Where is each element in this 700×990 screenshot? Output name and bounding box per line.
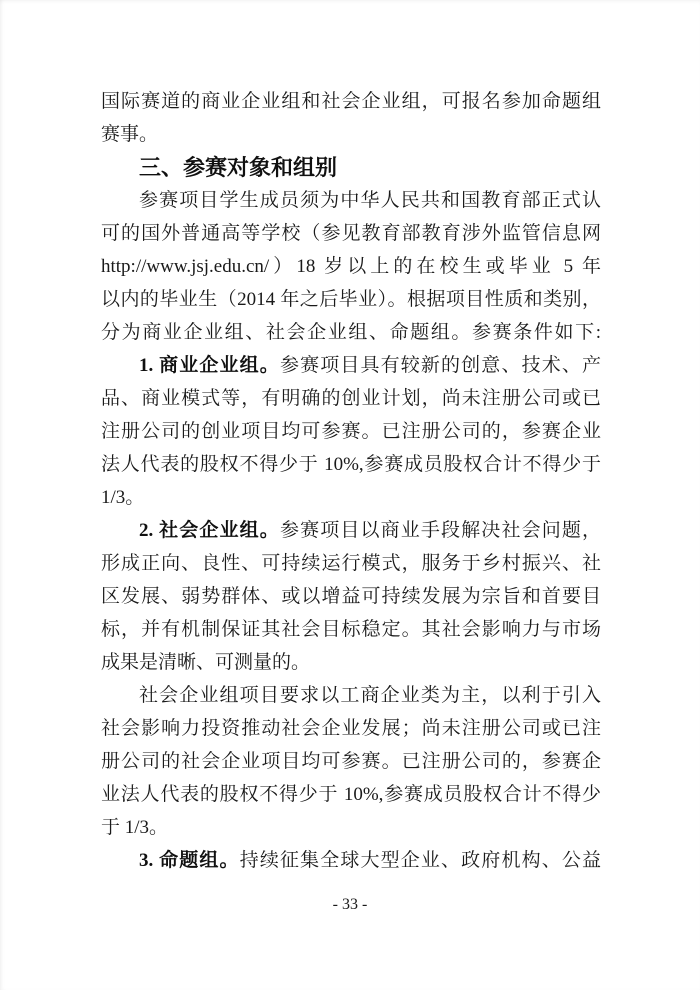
text-line: 2. 社会企业组。参赛项目以商业手段解决社会问题， [101, 514, 601, 547]
document-body: 国际赛道的商业企业组和社会企业组，可报名参加命题组赛事。三、参赛对象和组别参赛项… [101, 85, 601, 877]
bold-lead-in: 2. 社会企业组。 [139, 520, 280, 541]
text-line: 3. 命题组。持续征集全球大型企业、政府机构、公益 [101, 844, 601, 877]
text-line: 形成正向、良性、可持续运行模式，服务于乡村振兴、社 [101, 547, 601, 580]
text-line: 法人代表的股权不得少于 10%,参赛成员股权合计不得少于 [101, 448, 601, 481]
text-line: 成果是清晰、可测量的。 [101, 646, 601, 679]
section-heading: 三、参赛对象和组别 [101, 151, 601, 184]
bold-lead-in: 3. 命题组。 [139, 850, 240, 871]
text-line: 以内的毕业生（2014 年之后毕业）。根据项目性质和类别， [101, 283, 601, 316]
text-run: 分为商业企业组、社会企业组、命题组。参赛条件如下: [101, 322, 601, 343]
text-line: 册公司的社会企业项目均可参赛。已注册公司的，参赛企 [101, 745, 601, 778]
text-run: 社会影响力投资推动社会企业发展；尚未注册公司或已注 [101, 718, 601, 739]
text-run: 持续征集全球大型企业、政府机构、公益 [240, 850, 601, 871]
text-run: 品、商业模式等，有明确的创业计划，尚未注册公司或已 [101, 388, 601, 409]
text-line: 注册公司的创业项目均可参赛。已注册公司的，参赛企业 [101, 415, 601, 448]
text-run: 成果是清晰、可测量的。 [101, 652, 310, 673]
text-run: 国际赛道的商业企业组和社会企业组，可报名参加命题组 [101, 91, 601, 112]
bold-lead-in: 1. 商业企业组。 [139, 355, 280, 376]
text-run: 参赛项目学生成员须为中华人民共和国教育部正式认 [139, 190, 601, 211]
text-line: 分为商业企业组、社会企业组、命题组。参赛条件如下: [101, 316, 601, 349]
text-run: 册公司的社会企业项目均可参赛。已注册公司的，参赛企 [101, 751, 601, 772]
text-run: 以内的毕业生（2014 年之后毕业）。根据项目性质和类别， [101, 289, 601, 310]
paragraph: 2. 社会企业组。参赛项目以商业手段解决社会问题，形成正向、良性、可持续运行模式… [101, 514, 601, 679]
text-line: 于 1/3。 [101, 811, 601, 844]
text-run: 法人代表的股权不得少于 10%,参赛成员股权合计不得少于 [101, 454, 601, 475]
text-line: 赛事。 [101, 118, 601, 151]
paragraph: 国际赛道的商业企业组和社会企业组，可报名参加命题组赛事。 [101, 85, 601, 151]
text-line: 品、商业模式等，有明确的创业计划，尚未注册公司或已 [101, 382, 601, 415]
document-page: 国际赛道的商业企业组和社会企业组，可报名参加命题组赛事。三、参赛对象和组别参赛项… [0, 0, 700, 990]
text-line: 1/3。 [101, 481, 601, 514]
text-run: 业法人代表的股权不得少于 10%,参赛成员股权合计不得少 [101, 784, 601, 805]
text-run: 社会企业组项目要求以工商企业类为主，以利于引入 [139, 685, 601, 706]
text-line: 1. 商业企业组。参赛项目具有较新的创意、技术、产 [101, 349, 601, 382]
text-run: 注册公司的创业项目均可参赛。已注册公司的，参赛企业 [101, 421, 601, 442]
text-run: 于 1/3。 [101, 817, 168, 838]
page-number: - 33 - [0, 893, 700, 917]
text-run: 标，并有机制保证其社会目标稳定。其社会影响力与市场 [101, 619, 601, 640]
text-line: 参赛项目学生成员须为中华人民共和国教育部正式认 [101, 184, 601, 217]
text-line: 三、参赛对象和组别 [101, 151, 601, 184]
text-line: 业法人代表的股权不得少于 10%,参赛成员股权合计不得少 [101, 778, 601, 811]
text-run: 参赛项目具有较新的创意、技术、产 [280, 355, 601, 376]
text-line: 社会影响力投资推动社会企业发展；尚未注册公司或已注 [101, 712, 601, 745]
paragraph: 参赛项目学生成员须为中华人民共和国教育部正式认可的国外普通高等学校（参见教育部教… [101, 184, 601, 349]
text-line: 国际赛道的商业企业组和社会企业组，可报名参加命题组 [101, 85, 601, 118]
text-run: http://www.jsj.edu.cn/）18 岁以上的在校生或毕业 5 年 [101, 256, 601, 277]
paragraph: 3. 命题组。持续征集全球大型企业、政府机构、公益 [101, 844, 601, 877]
text-run: 区发展、弱势群体、或以增益可持续发展为宗旨和首要目 [101, 586, 601, 607]
text-line: http://www.jsj.edu.cn/）18 岁以上的在校生或毕业 5 年 [101, 250, 601, 283]
text-run: 形成正向、良性、可持续运行模式，服务于乡村振兴、社 [101, 553, 601, 574]
text-run: 1/3。 [101, 487, 144, 508]
text-line: 可的国外普通高等学校（参见教育部教育涉外监管信息网 [101, 217, 601, 250]
text-run: 参赛项目以商业手段解决社会问题， [280, 520, 601, 541]
text-line: 标，并有机制保证其社会目标稳定。其社会影响力与市场 [101, 613, 601, 646]
text-run: 赛事。 [101, 124, 158, 145]
text-run: 可的国外普通高等学校（参见教育部教育涉外监管信息网 [101, 223, 601, 244]
bold-lead-in: 三、参赛对象和组别 [139, 155, 337, 180]
paragraph: 社会企业组项目要求以工商企业类为主，以利于引入社会影响力投资推动社会企业发展；尚… [101, 679, 601, 844]
paragraph: 1. 商业企业组。参赛项目具有较新的创意、技术、产品、商业模式等，有明确的创业计… [101, 349, 601, 514]
text-line: 社会企业组项目要求以工商企业类为主，以利于引入 [101, 679, 601, 712]
text-line: 区发展、弱势群体、或以增益可持续发展为宗旨和首要目 [101, 580, 601, 613]
